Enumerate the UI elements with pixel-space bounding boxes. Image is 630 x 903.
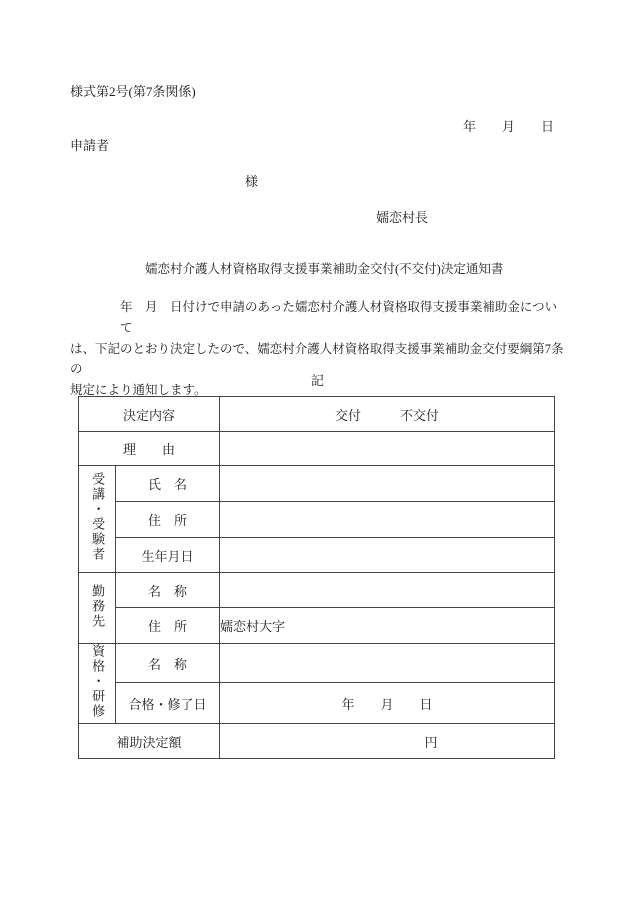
label-qualification-name: 名 称: [116, 644, 220, 683]
label-attendee-birthdate: 生年月日: [116, 538, 220, 573]
table-row-attendee-name: 受講・受験者 氏 名: [79, 466, 555, 502]
table-row-attendee-birthdate: 生年月日: [79, 538, 555, 573]
table-row-workplace-name: 勤務先 名 称: [79, 573, 555, 608]
label-attendee-name: 氏 名: [116, 466, 220, 502]
label-decision: 決定内容: [79, 397, 220, 432]
mayor-name: 嬬恋村長: [376, 207, 428, 226]
value-workplace-address: 嬬恋村大字: [220, 608, 555, 644]
table-row-qualification-name: 資格・研修 名 称: [79, 644, 555, 683]
group-workplace-label: 勤務先: [90, 584, 104, 629]
body-line-1: 年 月 日付けで申請のあった嬬恋村介護人材資格取得支援事業補助金について: [70, 297, 566, 339]
value-subsidy: 円: [220, 724, 555, 759]
group-attendee: 受講・受験者: [79, 466, 116, 573]
label-pass-date: 合格・修了日: [116, 683, 220, 724]
table-row-pass-date: 合格・修了日 年 月 日: [79, 683, 555, 724]
label-reason: 理 由: [79, 432, 220, 466]
applicant-label: 申請者: [70, 135, 109, 154]
label-workplace-name: 名 称: [116, 573, 220, 608]
table-row-workplace-address: 住 所 嬬恋村大字: [79, 608, 555, 644]
form-number: 様式第2号(第7条関係): [70, 81, 196, 100]
group-qualification: 資格・研修: [79, 644, 116, 724]
group-qualification-label: 資格・研修: [90, 644, 104, 719]
decision-table: 決定内容 交付 不交付 理 由 受講・受験者 氏 名 住 所 生年月日 勤務先 …: [78, 396, 555, 759]
table-row-attendee-address: 住 所: [79, 502, 555, 538]
applicant-honorific: 様: [245, 171, 258, 190]
group-workplace: 勤務先: [79, 573, 116, 644]
issue-date: 年 月 日: [463, 116, 554, 135]
label-workplace-address: 住 所: [116, 608, 220, 644]
document-title: 嬬恋村介護人材資格取得支援事業補助金交付(不交付)決定通知書: [145, 259, 503, 277]
label-attendee-address: 住 所: [116, 502, 220, 538]
value-attendee-address: [220, 502, 555, 538]
group-attendee-label: 受講・受験者: [90, 472, 104, 562]
value-pass-date: 年 月 日: [220, 683, 555, 724]
note-marker: 記: [311, 370, 324, 389]
label-subsidy: 補助決定額: [79, 724, 220, 759]
value-reason: [220, 432, 555, 466]
value-attendee-name: [220, 466, 555, 502]
table-row-subsidy: 補助決定額 円: [79, 724, 555, 759]
document-page: 様式第2号(第7条関係) 年 月 日 申請者 様 嬬恋村長 嬬恋村介護人材資格取…: [0, 0, 630, 903]
value-workplace-name: [220, 573, 555, 608]
value-qualification-name: [220, 644, 555, 683]
table-row-reason: 理 由: [79, 432, 555, 466]
table-row-decision: 決定内容 交付 不交付: [79, 397, 555, 432]
value-decision: 交付 不交付: [220, 397, 555, 432]
value-attendee-birthdate: [220, 538, 555, 573]
